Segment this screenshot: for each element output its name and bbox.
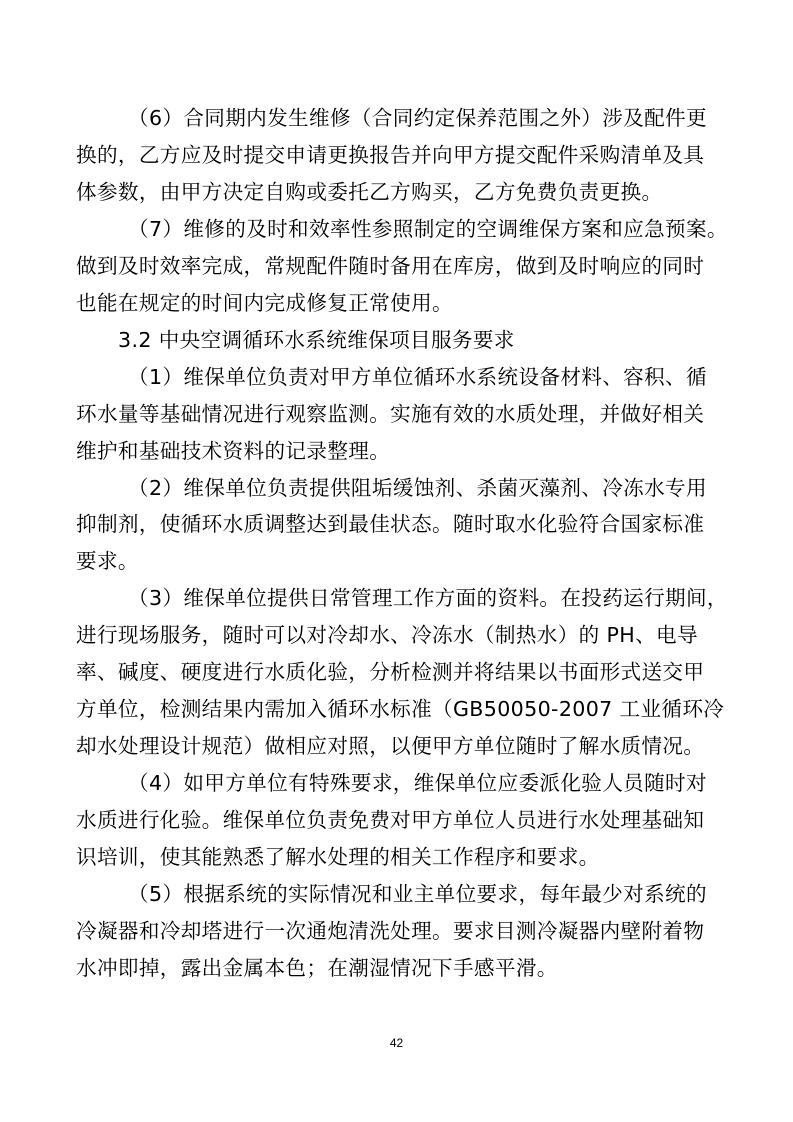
paragraph-item-1: （1）维保单位负责对甲方单位循环水系统设备材料、容积、循 环水量等基础情况进行观… bbox=[76, 359, 721, 470]
text-line: 做到及时效率完成，常规配件随时备用在库房，做到及时响应的同时 bbox=[76, 248, 721, 285]
text-line: 冷凝器和冷却塔进行一次通炮清洗处理。要求目测冷凝器内壁附着物 bbox=[76, 913, 721, 950]
text-line: 也能在规定的时间内完成修复正常使用。 bbox=[76, 285, 721, 322]
text-line: 却水处理设计规范）做相应对照，以便甲方单位随时了解水质情况。 bbox=[76, 728, 721, 765]
text-line: （7）维修的及时和效率性参照制定的空调维保方案和应急预案。 bbox=[76, 211, 721, 248]
text-line: （1）维保单位负责对甲方单位循环水系统设备材料、容积、循 bbox=[76, 359, 721, 396]
paragraph-item-3: （3）维保单位提供日常管理工作方面的资料。在投药运行期间， 进行现场服务，随时可… bbox=[76, 580, 721, 765]
text-line: （6）合同期内发生维修（合同约定保养范围之外）涉及配件更 bbox=[76, 100, 721, 137]
text-line: （3）维保单位提供日常管理工作方面的资料。在投药运行期间， bbox=[76, 580, 721, 617]
document-page: （6）合同期内发生维修（合同约定保养范围之外）涉及配件更 换的，乙方应及时提交申… bbox=[0, 0, 793, 1122]
text-line: 抑制剂，使循环水质调整达到最佳状态。随时取水化验符合国家标准 bbox=[76, 506, 721, 543]
text-line: 要求。 bbox=[76, 543, 721, 580]
text-line: 进行现场服务，随时可以对冷却水、冷冻水（制热水）的 PH、电导 bbox=[76, 617, 721, 654]
text-line: 识培训，使其能熟悉了解水处理的相关工作程序和要求。 bbox=[76, 839, 721, 876]
text-line: （4）如甲方单位有特殊要求，维保单位应委派化验人员随时对 bbox=[76, 765, 721, 802]
section-heading-text: 3.2 中央空调循环水系统维保项目服务要求 bbox=[76, 322, 721, 359]
text-line: 水质进行化验。维保单位负责免费对甲方单位人员进行水处理基础知 bbox=[76, 802, 721, 839]
page-number: 42 bbox=[0, 1036, 793, 1050]
text-line: 率、碱度、硬度进行水质化验，分析检测并将结果以书面形式送交甲 bbox=[76, 654, 721, 691]
paragraph-item-4: （4）如甲方单位有特殊要求，维保单位应委派化验人员随时对 水质进行化验。维保单位… bbox=[76, 765, 721, 876]
paragraph-item-5: （5）根据系统的实际情况和业主单位要求，每年最少对系统的 冷凝器和冷却塔进行一次… bbox=[76, 876, 721, 987]
text-line: 换的，乙方应及时提交申请更换报告并向甲方提交配件采购清单及具 bbox=[76, 137, 721, 174]
section-heading-3-2: 3.2 中央空调循环水系统维保项目服务要求 bbox=[76, 322, 721, 359]
text-line: 水冲即掉，露出金属本色；在潮湿情况下手感平滑。 bbox=[76, 950, 721, 987]
text-line: 体参数，由甲方决定自购或委托乙方购买，乙方免费负责更换。 bbox=[76, 174, 721, 211]
paragraph-item-7: （7）维修的及时和效率性参照制定的空调维保方案和应急预案。 做到及时效率完成，常… bbox=[76, 211, 721, 322]
paragraph-item-6: （6）合同期内发生维修（合同约定保养范围之外）涉及配件更 换的，乙方应及时提交申… bbox=[76, 100, 721, 211]
text-line: （2）维保单位负责提供阻垢缓蚀剂、杀菌灭藻剂、冷冻水专用 bbox=[76, 470, 721, 507]
text-line: 维护和基础技术资料的记录整理。 bbox=[76, 433, 721, 470]
body-text: （6）合同期内发生维修（合同约定保养范围之外）涉及配件更 换的，乙方应及时提交申… bbox=[76, 100, 721, 987]
paragraph-item-2: （2）维保单位负责提供阻垢缓蚀剂、杀菌灭藻剂、冷冻水专用 抑制剂，使循环水质调整… bbox=[76, 470, 721, 581]
text-line: 环水量等基础情况进行观察监测。实施有效的水质处理，并做好相关 bbox=[76, 396, 721, 433]
text-line: 方单位，检测结果内需加入循环水标准（GB50050-2007 工业循环冷 bbox=[76, 691, 721, 728]
text-line: （5）根据系统的实际情况和业主单位要求，每年最少对系统的 bbox=[76, 876, 721, 913]
